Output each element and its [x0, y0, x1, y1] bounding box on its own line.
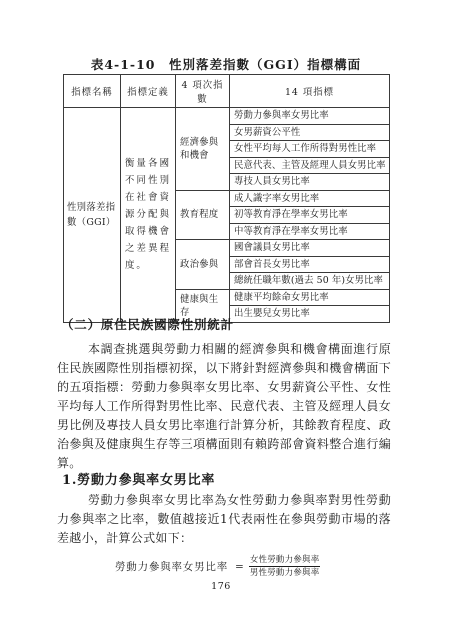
indicator-item-cell: 女男薪資公平性 [230, 124, 390, 141]
indicator-item-cell: 部會首長女男比率 [230, 256, 390, 273]
indicator-definition-cell: 衡量各國不同性別在社會資源分配與取得機會之差異程度。 [121, 108, 176, 323]
table-header-row: 指標名稱 指標定義 4 項次指數 14 項指標 [64, 75, 390, 108]
header-indicators: 14 項指標 [230, 75, 390, 108]
document-page: 表4-1-10 性別落差指數（GGI）指標構面 指標名稱 指標定義 4 項次指數… [0, 0, 452, 640]
table-caption: 表4-1-10 性別落差指數（GGI）指標構面 [0, 55, 452, 73]
header-sub-indices: 4 項次指數 [176, 75, 230, 108]
formula-lhs: 勞動力參與率女男比率 [115, 559, 228, 574]
indicator-item-cell: 勞動力參與率女男比率 [230, 108, 390, 125]
labor-participation-formula: 勞動力參與率女男比率 = 女性勞動力參與率 男性勞動力參與率 [115, 555, 320, 578]
fraction-denominator: 男性勞動力參與率 [250, 567, 320, 578]
subsection-heading: 1.勞動力參與率女男比率 [62, 469, 215, 488]
indicator-item-cell: 初等教育淨在學率女男比率 [230, 207, 390, 224]
indicator-item-cell: 總統任職年數(過去 50 年)女男比率 [230, 273, 390, 290]
section-heading: （二）原住民族國際性別統計 [61, 315, 234, 333]
fraction-numerator: 女性勞動力參與率 [249, 555, 321, 567]
equals-sign: = [235, 561, 244, 573]
subsection-paragraph: 勞動力參與率女男比率為女性勞動力參與率對男性勞動力參與率之比率，數值越接近1代表… [57, 491, 391, 548]
indicator-name-cell: 性別落差指數（GGI） [64, 108, 121, 323]
section-paragraph: 本調查挑選與勞動力相關的經濟參與和機會構面進行原住民族國際性別指標初探，以下將針… [57, 340, 391, 473]
indicator-item-cell: 民意代表、主管及經理人員女男比率 [230, 157, 390, 174]
indicator-item-cell: 中等教育淨在學率女男比率 [230, 223, 390, 240]
page-number: 176 [0, 581, 442, 592]
indicator-item-cell: 出生嬰兒女男比率 [230, 306, 390, 323]
indicator-item-cell: 成人識字率女男比率 [230, 190, 390, 207]
indicator-item-cell: 健康平均餘命女男比率 [230, 289, 390, 306]
ggi-indicator-table: 指標名稱 指標定義 4 項次指數 14 項指標 性別落差指數（GGI） 衡量各國… [63, 74, 390, 323]
table-row: 性別落差指數（GGI） 衡量各國不同性別在社會資源分配與取得機會之差異程度。 經… [64, 108, 390, 125]
header-indicator-name: 指標名稱 [64, 75, 121, 108]
indicator-item-cell: 女性平均每人工作所得對男性比率 [230, 141, 390, 158]
header-indicator-definition: 指標定義 [121, 75, 176, 108]
sub-index-economic-cell: 經濟參與和機會 [176, 108, 230, 191]
sub-index-political-cell: 政治參與 [176, 240, 230, 290]
sub-index-education-cell: 教育程度 [176, 190, 230, 240]
formula-fraction: 女性勞動力參與率 男性勞動力參與率 [249, 555, 321, 578]
indicator-item-cell: 國會議員女男比率 [230, 240, 390, 257]
indicator-item-cell: 專技人員女男比率 [230, 174, 390, 191]
